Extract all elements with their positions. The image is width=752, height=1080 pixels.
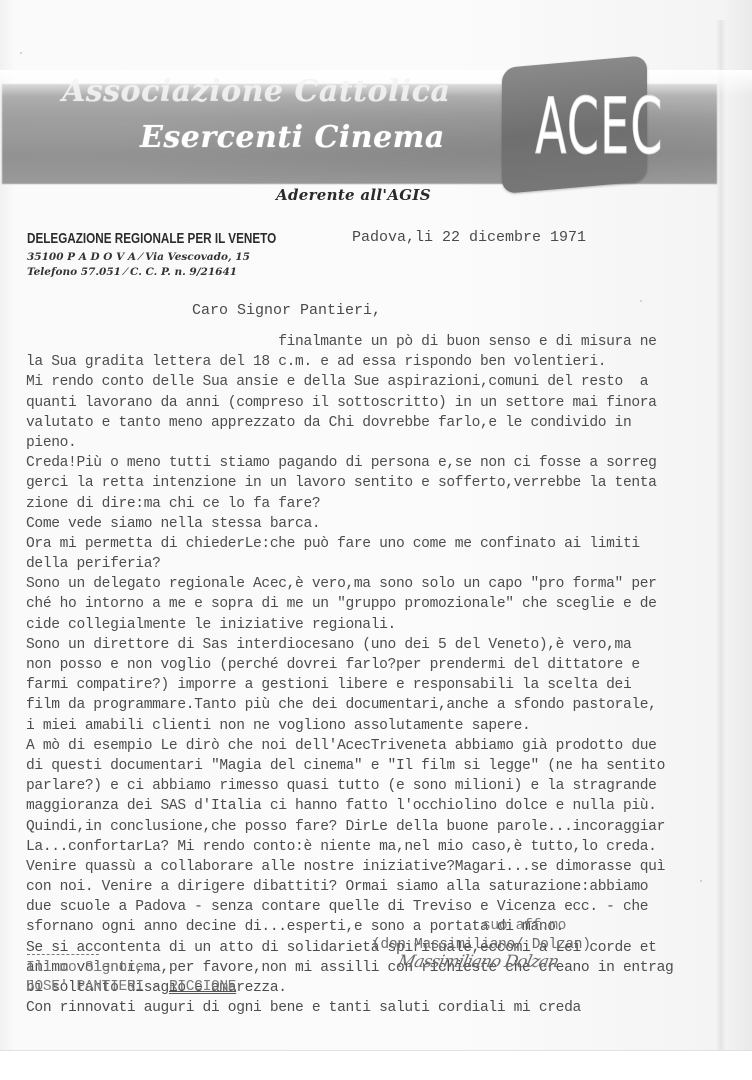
paper-speck	[700, 880, 702, 882]
body-line: ché ho intorno a me e sopra di me un "gr…	[26, 594, 726, 614]
body-line: film da programmare.Tanto più che dei do…	[26, 695, 726, 715]
salutation: Caro Signor Pantieri,	[192, 302, 381, 319]
body-line: pieno.	[26, 433, 726, 453]
recipient-name: JOSE' PANTIERI -	[26, 979, 169, 995]
org-name-line1: Associazione Cattolica	[62, 74, 451, 109]
body-line: Sono un delegato regionale Acec,è vero,m…	[26, 574, 726, 594]
body-line: Mi rendo conto delle Sua ansie e della S…	[26, 372, 726, 392]
body-line: Venire quassù a collaborare alle nostre …	[26, 857, 726, 877]
body-line: la Sua gradita lettera del 18 c.m. e ad …	[26, 352, 726, 372]
affiliation-line: Aderente all'AGIS	[276, 186, 431, 204]
phone-line: Telefono 57.051 ⁄ C. C. P. n. 9/21641	[27, 266, 237, 278]
body-line: A mò di esempio Le dirò che noi dell'Ace…	[26, 736, 726, 756]
typed-signature: (don Massimiliano/ Dolzan)	[372, 937, 591, 953]
letter-date: Padova,li 22 dicembre 1971	[352, 229, 586, 246]
org-name-line2: Esercenti Cinema	[140, 120, 445, 155]
valediction: suo aff.mo	[482, 918, 566, 934]
body-line: Ora mi permetta di chiederLe:che può far…	[26, 534, 726, 554]
letter-body: finalmante un pò di buon senso e di misu…	[26, 332, 726, 1018]
delegation-heading: DELEGAZIONE REGIONALE PER IL VENETO	[27, 230, 276, 247]
body-line: con noi. Venire a dirigere dibattiti? Or…	[26, 877, 726, 897]
paper-speck	[20, 52, 22, 54]
recipient-title: Ill.mo Signore	[26, 960, 144, 976]
body-line: quanti lavorano da anni (compreso il sot…	[26, 393, 726, 413]
body-line: valutato e tanto meno apprezzato da Chi …	[26, 413, 726, 433]
body-line: Sono un direttore di Sas interdiocesano …	[26, 635, 726, 655]
body-line: Quindi,in conclusione,che posso fare? Di…	[26, 817, 726, 837]
address-line: 35100 P A D O V A ⁄ Via Vescovado, 15	[27, 251, 250, 263]
body-line: i miei amabili clienti non ne vogliono a…	[26, 716, 726, 736]
separator-rule	[27, 954, 99, 955]
body-line: farmi compatire?) imporre a gestioni lib…	[26, 675, 726, 695]
recipient-name-line: JOSE' PANTIERI - RICCIONE	[26, 979, 236, 995]
body-line: gerci la retta intenzione in un lavoro s…	[26, 473, 726, 493]
body-line: Come vede siamo nella stessa barca.	[26, 514, 726, 534]
body-line: Con rinnovati auguri di ogni bene e tant…	[26, 998, 726, 1018]
body-line: non posso e non voglio (perché dovrei fa…	[26, 655, 726, 675]
body-line: parlare?) e ci abbiamo rimesso quasi tut…	[26, 776, 726, 796]
body-line: La...confortarLa? Mi rendo conto:è nient…	[26, 837, 726, 857]
body-line: zione di dire:ma chi ce lo fa fare?	[26, 494, 726, 514]
body-line: maggioranza dei SAS d'Italia ci hanno fa…	[26, 796, 726, 816]
acec-logo-text: ACEC	[535, 88, 617, 166]
body-line: due scuole a Padova - senza contare quel…	[26, 897, 726, 917]
body-line: della periferia?	[26, 554, 726, 574]
body-line: finalmante un pò di buon senso e di misu…	[26, 332, 726, 352]
recipient-city: RICCIONE	[169, 979, 236, 995]
body-line: cide collegialmente le iniziative region…	[26, 615, 726, 635]
handwritten-signature: Massimiliano Dolzan	[396, 952, 560, 972]
body-line: Creda!Più o meno tutti stiamo pagando di…	[26, 453, 726, 473]
paper-speck	[640, 300, 642, 302]
body-line: di questi documentari "Magia del cinema"…	[26, 756, 726, 776]
body-line: sfornano ogni anno decine di...esperti,e…	[26, 917, 726, 937]
